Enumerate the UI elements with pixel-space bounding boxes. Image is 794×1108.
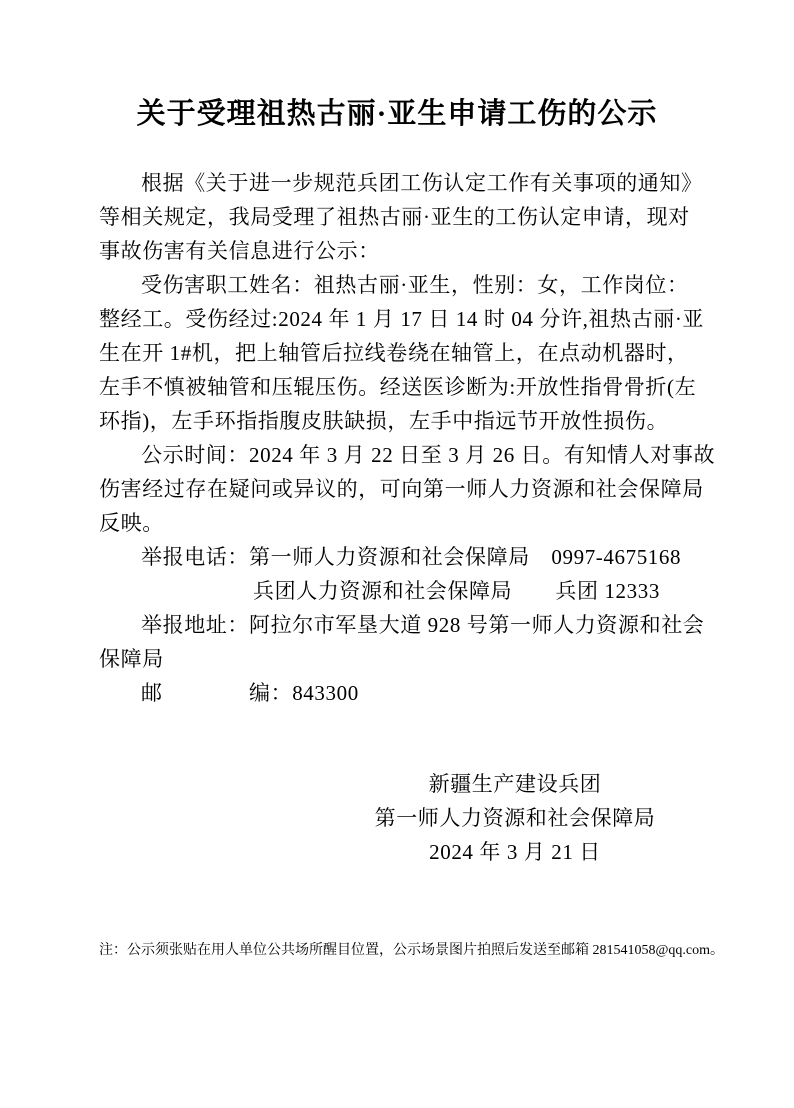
text-line: 受伤害职工姓名：祖热古丽·亚生，性别：女，工作岗位： (99, 268, 715, 302)
report-address-line: 举报地址：阿拉尔市军垦大道 928 号第一师人力资源和社会 (99, 608, 715, 642)
paragraph-postal-code: 邮 编：843300 (99, 676, 715, 710)
text-line: 左手不慎被轴管和压辊压伤。经送医诊断为:开放性指骨骨折(左 (99, 370, 715, 404)
text-line: 环指)，左手环指指腹皮肤缺损，左手中指远节开放性损伤。 (99, 404, 715, 438)
document-body: 根据《关于进一步规范兵团工伤认定工作有关事项的通知》 等相关规定，我局受理了祖热… (99, 166, 715, 710)
text-line: 整经工。受伤经过:2024 年 1 月 17 日 14 时 04 分许,祖热古丽… (99, 302, 715, 336)
text-line: 伤害经过存在疑问或异议的，可向第一师人力资源和社会保障局 (99, 472, 715, 506)
text-line: 等相关规定，我局受理了祖热古丽·亚生的工伤认定申请，现对 (99, 200, 715, 234)
paragraph-report-address: 举报地址：阿拉尔市军垦大道 928 号第一师人力资源和社会 保障局 (99, 608, 715, 676)
paragraph-intro: 根据《关于进一步规范兵团工伤认定工作有关事项的通知》 等相关规定，我局受理了祖热… (99, 166, 715, 268)
page-title: 关于受理祖热古丽·亚生申请工伤的公示 (0, 94, 794, 134)
text-line: 事故伤害有关信息进行公示： (99, 234, 715, 268)
notice-document-page: 关于受理祖热古丽·亚生申请工伤的公示 根据《关于进一步规范兵团工伤认定工作有关事… (0, 0, 794, 1108)
postal-code-line: 邮 编：843300 (99, 676, 715, 710)
signature-org-line2: 第一师人力资源和社会保障局 (236, 801, 794, 835)
paragraph-report-phone: 举报电话：第一师人力资源和社会保障局 0997-4675168 兵团人力资源和社… (99, 540, 715, 608)
signature-block: 新疆生产建设兵团 第一师人力资源和社会保障局 2024 年 3 月 21 日 (236, 767, 794, 869)
signature-date: 2024 年 3 月 21 日 (236, 835, 794, 869)
footnote: 注：公示须张贴在用人单位公共场所醒目位置，公示场景图片拍照后发送至邮箱 2815… (99, 941, 739, 961)
report-phone-line: 兵团人力资源和社会保障局 兵团 12333 (99, 574, 715, 608)
text-line: 生在开 1#机，把上轴管后拉线卷绕在轴管上，在点动机器时， (99, 336, 715, 370)
text-line: 反映。 (99, 506, 715, 540)
report-address-line: 保障局 (99, 642, 715, 676)
text-line: 根据《关于进一步规范兵团工伤认定工作有关事项的通知》 (99, 166, 715, 200)
signature-org-line1: 新疆生产建设兵团 (236, 767, 794, 801)
text-line: 公示时间：2024 年 3 月 22 日至 3 月 26 日。有知情人对事故 (99, 438, 715, 472)
paragraph-publicity-period: 公示时间：2024 年 3 月 22 日至 3 月 26 日。有知情人对事故 伤… (99, 438, 715, 540)
paragraph-case-details: 受伤害职工姓名：祖热古丽·亚生，性别：女，工作岗位： 整经工。受伤经过:2024… (99, 268, 715, 438)
report-phone-line: 举报电话：第一师人力资源和社会保障局 0997-4675168 (99, 540, 715, 574)
